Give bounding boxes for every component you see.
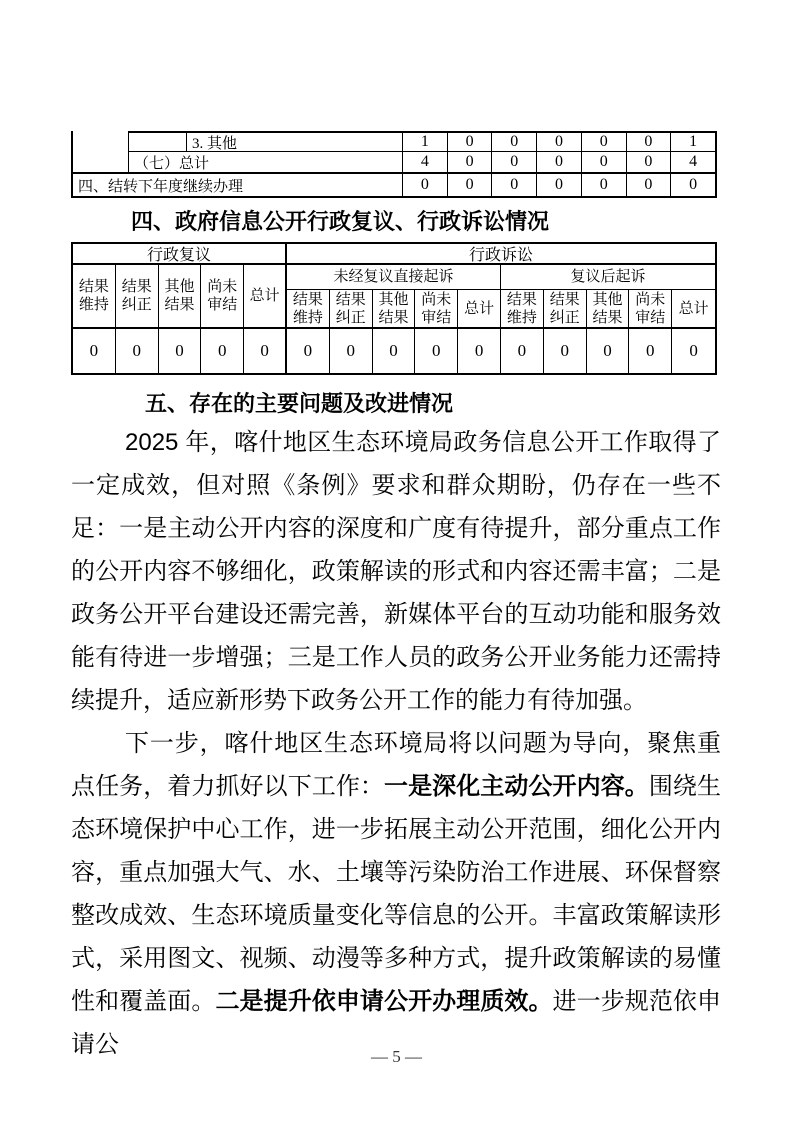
group-header: 行政诉讼 [287,244,715,265]
value-cell: 0 [501,329,544,373]
value-cell: 0 [581,131,626,152]
text-segment: 2025 年，喀什地区生态环境局政务信息公开工作取得了一定成效，但对照《条例》要… [71,429,721,714]
row-label: （七）总计 [128,152,402,174]
document-page: 3. 其他1000001（七）总计4000004四、结转下年度继续办理00000… [0,0,793,1122]
value-cell: 4 [670,152,715,174]
carryover-table: 3. 其他1000001（七）总计4000004四、结转下年度继续办理00000… [71,131,717,198]
group-header: 行政复议 [73,244,287,265]
value-cell: 0 [287,329,330,373]
value-cell: 0 [491,131,536,152]
outcome-header: 总计 [458,290,501,329]
value-cell: 0 [626,174,671,196]
value-cell: 0 [587,329,630,373]
outcome-header: 结果维持 [73,265,116,329]
value-cell: 1 [402,131,447,152]
subgroup-header: 复议后起诉 [501,265,715,290]
bold-text-segment: 一是深化主动公开内容。 [384,773,649,800]
review-litigation-table: 行政复议行政诉讼结果维持结果纠正其他结果尚未审结总计未经复议直接起诉复议后起诉结… [71,242,717,375]
merged-empty-cell [73,131,128,174]
value-cell: 1 [670,131,715,152]
value-cell: 0 [73,329,116,373]
outcome-header: 其他结果 [373,290,416,329]
value-cell: 0 [415,329,458,373]
outcome-header: 其他结果 [587,290,630,329]
value-cell: 0 [626,152,671,174]
section-5-heading: 五、存在的主要问题及改进情况 [145,390,453,418]
value-cell: 0 [491,174,536,196]
page-number: — 5 — [0,1047,793,1067]
value-cell: 0 [491,152,536,174]
value-cell: 0 [402,174,447,196]
value-cell: 0 [626,131,671,152]
value-cell: 0 [670,174,715,196]
value-cell: 0 [581,152,626,174]
value-cell: 0 [447,152,492,174]
outcome-header: 尚未审结 [415,290,458,329]
value-cell: 0 [672,329,715,373]
paragraph: 2025 年，喀什地区生态环境局政务信息公开工作取得了一定成效，但对照《条例》要… [71,421,721,722]
subgroup-header: 未经复议直接起诉 [287,265,501,290]
outcome-header: 总计 [672,290,715,329]
value-cell: 0 [244,329,287,373]
paragraph: 下一步，喀什地区生态环境局将以问题为导向，聚焦重点任务，着力抓好以下工作：一是深… [71,722,721,1066]
value-cell: 0 [581,174,626,196]
outcome-header: 结果维持 [501,290,544,329]
empty-subcell [128,131,187,152]
value-cell: 0 [201,329,244,373]
outcome-header: 结果纠正 [330,290,373,329]
row-label: 3. 其他 [187,131,402,152]
outcome-header: 总计 [244,265,287,329]
value-cell: 0 [536,131,581,152]
value-cell: 0 [447,131,492,152]
value-cell: 0 [629,329,672,373]
value-cell: 0 [373,329,416,373]
value-cell: 0 [458,329,501,373]
value-cell: 0 [330,329,373,373]
outcome-header: 结果纠正 [116,265,159,329]
value-cell: 4 [402,152,447,174]
value-cell: 0 [544,329,587,373]
value-cell: 0 [159,329,202,373]
section-4-heading: 四、政府信息公开行政复议、行政诉讼情况 [131,208,549,236]
bold-text-segment: 二是提升依申请公开办理质效。 [215,988,552,1015]
body-paragraphs: 2025 年，喀什地区生态环境局政务信息公开工作取得了一定成效，但对照《条例》要… [71,421,721,1066]
value-cell: 0 [536,152,581,174]
outcome-header: 其他结果 [159,265,202,329]
outcome-header: 结果纠正 [544,290,587,329]
outcome-header: 尚未审结 [201,265,244,329]
value-cell: 0 [536,174,581,196]
row-label: 四、结转下年度继续办理 [73,174,402,196]
value-cell: 0 [447,174,492,196]
outcome-header: 结果维持 [287,290,330,329]
outcome-header: 尚未审结 [629,290,672,329]
text-segment: 围绕生态环境保护中心工作，进一步拓展主动公开范围，细化公开内容，重点加强大气、水… [71,773,721,1015]
value-cell: 0 [116,329,159,373]
